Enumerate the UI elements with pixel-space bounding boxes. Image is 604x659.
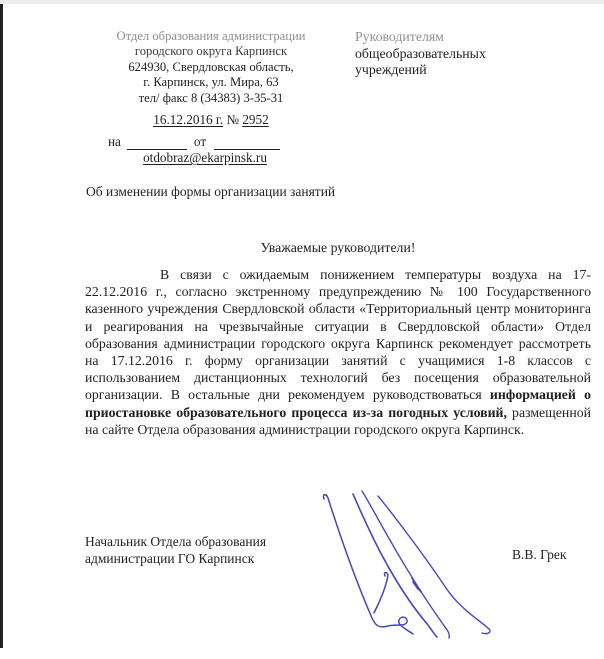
addressee-line1: Руководителям (355, 29, 565, 46)
signature-ink (308, 486, 508, 651)
blank-line (214, 136, 280, 150)
reply-reference-line: наот (108, 134, 348, 150)
signoff-position-line2: администрации ГО Карпинск (85, 551, 345, 568)
letterhead-email-line: otdobraz@ekarpinsk.ru (85, 150, 325, 166)
addressee-line3: учреждений (355, 62, 565, 79)
email-text: otdobraz@ekarpinsk.ru (143, 150, 267, 165)
letterhead-org-line1: Отдел образования администрации (85, 29, 337, 44)
ot-label: от (194, 134, 206, 149)
body-text-regular: В связи с ожидаемым понижением температу… (85, 267, 591, 402)
signoff-name: В.В. Грек (512, 547, 566, 563)
salutation: Уважаемые руководители! (85, 240, 591, 256)
number-sign: № (226, 112, 239, 127)
letterhead: Отдел образования администрации городско… (85, 29, 337, 106)
scanned-letter-page: Отдел образования администрации городско… (0, 0, 604, 659)
scan-top-edge (0, 0, 604, 4)
scan-left-edge (0, 4, 3, 648)
letter-subject: Об изменении формы организации занятий (86, 184, 506, 200)
letterhead-address-street: г. Карпинск, ул. Мира, 63 (85, 75, 337, 90)
signoff-position: Начальник Отдела образования администрац… (85, 534, 345, 567)
letterhead-phone: тел/ факс 8 (34383) 3-35-31 (85, 91, 337, 106)
letterhead-address-zip: 624930, Свердловская область, (85, 60, 337, 75)
signoff-position-line1: Начальник Отдела образования (85, 534, 345, 551)
letter-date-number: 16.12.2016 г. № 2952 (85, 112, 337, 128)
letter-body-paragraph: В связи с ожидаемым понижением температу… (85, 266, 591, 438)
blank-line (127, 136, 187, 150)
addressee-block: Руководителям общеобразовательных учрежд… (355, 29, 565, 79)
addressee-line2: общеобразовательных (355, 46, 565, 63)
na-label: на (108, 134, 121, 149)
letterhead-org-line2: городского округа Карпинск (85, 44, 337, 59)
letter-number: 2952 (242, 112, 268, 127)
letter-date: 16.12.2016 г. (153, 112, 223, 127)
